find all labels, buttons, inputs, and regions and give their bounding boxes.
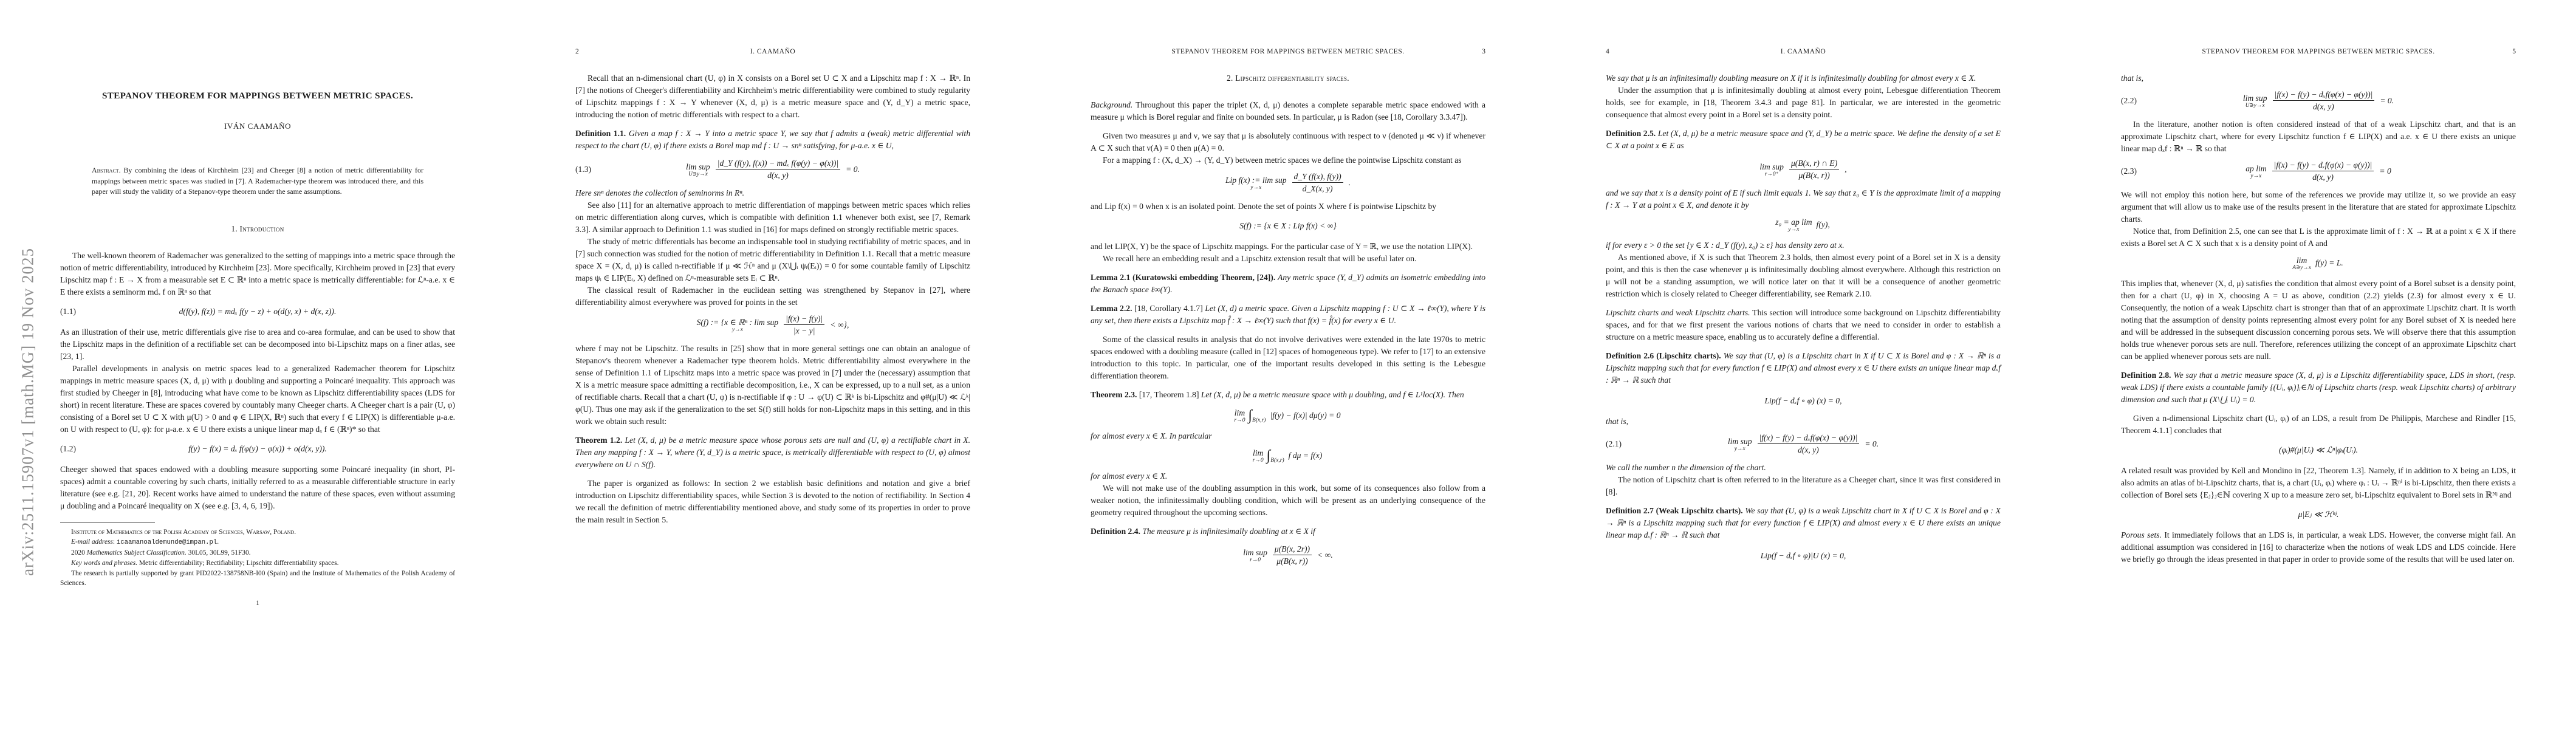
limit-operator: lim supr→0⁺ xyxy=(1759,162,1784,177)
fraction-denominator: d(x, y) xyxy=(2313,101,2334,112)
footnote-line: Key words and phrases. Metric differenti… xyxy=(60,558,455,569)
equation: z₀ = ap limy→xf(y), xyxy=(1606,217,2001,233)
equation: (1.2)f(y) − f(x) = dₓ f(φ(y) − φ(x)) + o… xyxy=(60,441,455,457)
paragraph: and Lip f(x) = 0 when x is an isolated p… xyxy=(1091,200,1485,213)
operator-name: lim sup xyxy=(686,162,710,171)
abstract-label: Abstract. xyxy=(92,166,121,174)
paragraph: that is, xyxy=(1606,416,2001,428)
equation-content: lim supU∋y→x|d_Y (f(y), f(x)) − mdₓ f(φ(… xyxy=(686,159,860,180)
fraction-numerator: |f(x) − f(y)| xyxy=(784,314,824,325)
equation-content: (φᵢ)#(μ|Uᵢ) ≪ ℒⁿ|φᵢ(Uᵢ). xyxy=(2278,444,2359,456)
page-header: STEPANOV THEOREM FOR MAPPINGS BETWEEN ME… xyxy=(1091,47,1485,56)
limit-subscript: y→x xyxy=(732,327,743,333)
paragraph: Some of the classical results in analysi… xyxy=(1091,334,1485,382)
equation: (2.2)lim supU∋y→x|f(x) − f(y) − dₓf(φ(x)… xyxy=(2121,90,2516,112)
integral-sign: ∫ xyxy=(1248,409,1252,422)
equation-post: , xyxy=(1845,163,1846,176)
footnote-segment: 30L05, 30L99, 51F30. xyxy=(187,549,251,556)
equation-content: S(f) := {x ∈ ℝⁿ : lim supy→x|f(x) − f(y)… xyxy=(697,314,849,336)
abstract: Abstract. By combining the ideas of Kirc… xyxy=(92,165,423,197)
theorem-text: We say that a metric measure space (X, d… xyxy=(2121,371,2516,404)
equation: Lip(f − dₓf ∘ φ) (x) = 0, xyxy=(1606,393,2001,409)
operator-name: z₀ = ap lim xyxy=(1775,217,1812,227)
paragraph: Notice that, from Definition 2.5, one ca… xyxy=(2121,225,2516,250)
page-body: 2. Lipschitz differentiability spaces.Ba… xyxy=(1091,72,1485,566)
equation-post: = 0. xyxy=(1865,438,1879,450)
limit-subscript: r→0 xyxy=(1235,417,1245,423)
limit-operator: limA∋y→x xyxy=(2292,256,2311,271)
titled-paragraph: Porous sets. It immediately follows that… xyxy=(2121,529,2516,566)
fraction: |f(x) − f(y) − dₓf(φ(x) − φ(y))|d(x, y) xyxy=(2272,160,2374,182)
equation-number: (2.1) xyxy=(1606,438,1622,450)
arxiv-watermark: arXiv:2511.15907v1 [math.MG] 19 Nov 2025 xyxy=(19,248,38,576)
paragraph: See also [11] for an alternative approac… xyxy=(575,199,970,236)
equation: (1.1)d(f(y), f(z)) = mdₓ f(y − z) + o(d(… xyxy=(60,304,455,320)
paragraph: Parallel developments in analysis on met… xyxy=(60,363,455,436)
equation-content: limr→0∫B(x,r)f dμ = f(x) xyxy=(1253,448,1324,464)
paragraph: The notion of Lipschitz chart is often r… xyxy=(1606,474,2001,498)
footnote-block: Institute of Mathematics of the Polish A… xyxy=(60,527,455,589)
theorem-label: Theorem 2.3. xyxy=(1091,390,1137,399)
paragraph: This implies that, whenever (X, d, μ) sa… xyxy=(2121,278,2516,363)
document-canvas: STEPANOV THEOREM FOR MAPPINGS BETWEEN ME… xyxy=(0,0,2576,729)
fraction-denominator: |x − y| xyxy=(793,325,815,336)
page-body: that is,(2.2)lim supU∋y→x|f(x) − f(y) − … xyxy=(2121,72,2516,566)
equation-content: z₀ = ap limy→xf(y), xyxy=(1775,217,1831,233)
fraction: μ(B(x, r) ∩ E)μ(B(x, r)) xyxy=(1789,159,1839,180)
fraction-numerator: |f(x) − f(y) − dₓf(φ(x) − φ(y))| xyxy=(2273,90,2375,101)
limit-operator: Lip f(x) := lim supy→x xyxy=(1225,176,1287,191)
equation-content: Lip(f − dₓf ∘ φ) (x) = 0, xyxy=(1763,395,1843,407)
fraction: d_Y (f(x), f(y))d_X(x, y) xyxy=(1292,172,1343,194)
paragraph: In the literature, another notion is oft… xyxy=(2121,118,2516,155)
theorem-block: Lemma 2.1 (Kuratowski embedding Theorem,… xyxy=(1091,272,1485,296)
equation-content: f(y) − f(x) = dₓ f(φ(y) − φ(x)) + o(d(x,… xyxy=(187,443,328,455)
page-2: 2I. CAAMAÑORecall that an n-dimensional … xyxy=(515,0,1030,729)
header-page-number: 5 xyxy=(2512,47,2516,55)
fraction: μ(B(x, 2r))μ(B(x, r)) xyxy=(1273,544,1312,566)
fraction-denominator: d(x, y) xyxy=(1798,444,1819,455)
footnote-segment: The research is partially supported by g… xyxy=(60,570,455,587)
equation: (φᵢ)#(μ|Uᵢ) ≪ ℒⁿ|φᵢ(Uᵢ). xyxy=(2121,442,2516,458)
equation: (1.3)lim supU∋y→x|d_Y (f(y), f(x)) − mdₓ… xyxy=(575,159,970,180)
header-page-number: 2 xyxy=(575,47,579,55)
limit-subscript: y→x xyxy=(1788,227,1799,233)
theorem-text: Given a map f : X → Y into a metric spac… xyxy=(575,129,970,150)
equation: S(f) := {x ∈ ℝⁿ : lim supy→x|f(x) − f(y)… xyxy=(575,314,970,336)
paragraph: The study of metric differentials has be… xyxy=(575,236,970,284)
section-heading: 2. Lipschitz differentiability spaces. xyxy=(1091,72,1485,84)
equation-post: = 0 xyxy=(2379,165,2391,177)
fraction-numerator: |f(x) − f(y) − dₓf(φ(x) − φ(y))| xyxy=(1758,433,1860,444)
theorem-citation: [18, Corollary 4.1.7] xyxy=(1134,304,1203,313)
limit-subscript: U∋y→x xyxy=(2245,103,2265,109)
fraction: |f(x) − f(y) − dₓf(φ(x) − φ(y))|d(x, y) xyxy=(1758,433,1860,455)
equation-body: μ|Eⱼ ≪ ℋⁿʲ. xyxy=(2298,508,2339,521)
limit-operator: limr→0 xyxy=(1253,448,1264,464)
equation-post: . xyxy=(1349,177,1351,189)
paragraph: We will not make use of the doubling ass… xyxy=(1091,482,1485,519)
equation: Lip(f − dₓf ∘ φ)|U (x) = 0, xyxy=(1606,548,2001,564)
theorem-text: The measure μ is infinitesimally doublin… xyxy=(1142,527,1315,536)
limit-subscript: r→0⁺ xyxy=(1765,171,1779,177)
paper-title: STEPANOV THEOREM FOR MAPPINGS BETWEEN ME… xyxy=(60,90,455,102)
running-title: I. CAAMAÑO xyxy=(750,47,796,55)
fraction-numerator: μ(B(x, r) ∩ E) xyxy=(1789,159,1839,169)
equation: limr→0∫B(x,r)f dμ = f(x) xyxy=(1091,448,1485,464)
operator-name: ap lim xyxy=(2245,164,2266,173)
limit-subscript: A∋y→x xyxy=(2292,265,2311,271)
paragraph: Given a n-dimensional Lipschitz chart (U… xyxy=(2121,412,2516,437)
equation-content: lim supr→0μ(B(x, 2r))μ(B(x, r))< ∞. xyxy=(1243,544,1332,566)
theorem-block: Definition 2.5. Let (X, d, μ) be a metri… xyxy=(1606,128,2001,152)
page-4: 4I. CAAMAÑOWe say that μ is an infinites… xyxy=(1546,0,2061,729)
theorem-text: Let (X, d, μ) be a metric measure space … xyxy=(1201,390,1464,399)
limit-subscript: r→0 xyxy=(1253,457,1264,464)
paragraph: where f may not be Lipschitz. The result… xyxy=(575,343,970,428)
equation: S(f) := {x ∈ X : Lip f(x) < ∞} xyxy=(1091,218,1485,234)
integral-subscript: B(x,r) xyxy=(1270,454,1284,467)
equation-body: (φᵢ)#(μ|Uᵢ) ≪ ℒⁿ|φᵢ(Uᵢ). xyxy=(2279,444,2358,456)
fraction: |f(x) − f(y)||x − y| xyxy=(784,314,824,336)
footnote-line: Institute of Mathematics of the Polish A… xyxy=(60,527,455,538)
equation-number: (1.1) xyxy=(60,306,76,318)
limit-operator: lim supU∋y→x xyxy=(2243,94,2267,109)
equation-post: = 0. xyxy=(2380,95,2394,107)
paragraph-run-in-title: Lipschitz charts and weak Lipschitz char… xyxy=(1606,308,1750,317)
paragraph: We recall here an embedding result and a… xyxy=(1091,253,1485,265)
fraction: |d_Y (f(y), f(x)) − mdₓ f(φ(y) − φ(x))|d… xyxy=(716,159,840,180)
equation: (2.3)ap limy→x|f(x) − f(y) − dₓf(φ(x) − … xyxy=(2121,160,2516,182)
equation-post: = 0. xyxy=(846,163,860,176)
abstract-text: By combining the ideas of Kirchheim [23]… xyxy=(92,166,423,196)
paragraph: For a mapping f : (X, d_X) → (Y, d_Y) be… xyxy=(1091,154,1485,166)
equation-body: f(y) = L. xyxy=(2315,257,2343,269)
page-header: 4I. CAAMAÑO xyxy=(1606,47,2001,56)
running-title: I. CAAMAÑO xyxy=(1781,47,1826,55)
limit-subscript: y→x xyxy=(1250,185,1261,191)
equation-body: f dμ = f(x) xyxy=(1289,450,1323,462)
equation-body: f(y) − f(x) = dₓ f(φ(y) − φ(x)) + o(d(x,… xyxy=(188,443,327,455)
paragraph-run-in-title: Porous sets. xyxy=(2121,530,2162,539)
integral-subscript: B(x,r) xyxy=(1252,414,1266,426)
titled-paragraph: Background. Throughout this paper the tr… xyxy=(1091,99,1485,123)
operator-name: lim xyxy=(2297,256,2307,265)
equation-content: lim supU∋y→x|f(x) − f(y) − dₓf(φ(x) − φ(… xyxy=(2243,90,2394,112)
fraction-denominator: μ(B(x, r)) xyxy=(1798,169,1829,180)
limit-operator: lim supy→x xyxy=(1728,437,1752,452)
equation-body: |f(y) − f(x)| dμ(y) = 0 xyxy=(1270,409,1340,422)
integral-sign: ∫ xyxy=(1267,449,1271,462)
theorem-label: Definition 2.5. xyxy=(1606,129,1656,138)
footnote-line: 2020 Mathematics Subject Classification.… xyxy=(60,548,455,558)
paragraph: Under the assumption that μ is infinites… xyxy=(1606,84,2001,121)
paragraph: The well-known theorem of Rademacher was… xyxy=(60,250,455,298)
equation-content: ap limy→x|f(x) − f(y) − dₓf(φ(x) − φ(y))… xyxy=(2245,160,2391,182)
theorem-block: Lemma 2.2. [18, Corollary 4.1.7] Let (X,… xyxy=(1091,303,1485,327)
paragraph: Recall that an n-dimensional chart (U, φ… xyxy=(575,72,970,121)
footnote-segment: . xyxy=(217,538,219,546)
equation-content: lim supy→x|f(x) − f(y) − dₓf(φ(x) − φ(y)… xyxy=(1728,433,1879,455)
page-number: 1 xyxy=(60,597,455,609)
footnote-segment: icaamanoaldemunde@impan.pl xyxy=(117,539,217,546)
equation-content: lim supr→0⁺μ(B(x, r) ∩ E)μ(B(x, r)), xyxy=(1759,159,1846,180)
footnote-line: E-mail address: icaamanoaldemunde@impan.… xyxy=(60,537,455,548)
paragraph: and we say that x is a density point of … xyxy=(1606,187,2001,211)
paragraph: A related result was provided by Kell an… xyxy=(2121,465,2516,501)
equation: lim supr→0⁺μ(B(x, r) ∩ E)μ(B(x, r)), xyxy=(1606,159,2001,180)
theorem-label: Lemma 2.2. xyxy=(1091,304,1132,313)
footnote-segment: Mathematics Subject Classification. xyxy=(87,549,187,556)
limit-subscript: y→x xyxy=(1735,446,1745,452)
fraction-numerator: d_Y (f(x), f(y)) xyxy=(1292,172,1343,183)
footnote-segment: 2020 xyxy=(71,549,87,556)
limit-subscript: y→x xyxy=(2250,173,2261,179)
equation-post: < ∞. xyxy=(1317,549,1333,561)
theorem-block: Definition 2.8. We say that a metric mea… xyxy=(2121,369,2516,406)
equation-content: Lip(f − dₓf ∘ φ)|U (x) = 0, xyxy=(1759,550,1848,562)
operator-name: lim sup xyxy=(2243,94,2267,103)
equation: lim supr→0μ(B(x, 2r))μ(B(x, r))< ∞. xyxy=(1091,544,1485,566)
paragraph: that is, xyxy=(2121,72,2516,84)
theorem-block: Theorem 1.2. Let (X, d, μ) be a metric m… xyxy=(575,434,970,471)
equation: (2.1)lim supy→x|f(x) − f(y) − dₓf(φ(x) −… xyxy=(1606,433,2001,455)
equation-content: Lip f(x) := lim supy→xd_Y (f(x), f(y))d_… xyxy=(1225,172,1351,194)
theorem-block: Definition 2.7 (Weak Lipschitz charts). … xyxy=(1606,505,2001,541)
theorem-block: Theorem 2.3. [17, Theorem 1.8] Let (X, d… xyxy=(1091,389,1485,401)
equation-content: limA∋y→xf(y) = L. xyxy=(2292,256,2345,271)
footnote-segment: Institute of Mathematics of the Polish A… xyxy=(71,529,296,536)
theorem-text: Let (X, d, μ) be a metric measure space … xyxy=(575,436,970,469)
page-header: 2I. CAAMAÑO xyxy=(575,47,970,56)
running-title: STEPANOV THEOREM FOR MAPPINGS BETWEEN ME… xyxy=(2202,47,2434,55)
paragraph: The classical result of Rademacher in th… xyxy=(575,284,970,309)
operator-name: lim sup xyxy=(1759,162,1784,171)
limit-subscript: r→0 xyxy=(1250,557,1261,563)
equation-body: S(f) := {x ∈ X : Lip f(x) < ∞} xyxy=(1239,220,1337,232)
page-1: STEPANOV THEOREM FOR MAPPINGS BETWEEN ME… xyxy=(0,0,515,729)
header-page-number: 4 xyxy=(1606,47,1609,55)
running-title: STEPANOV THEOREM FOR MAPPINGS BETWEEN ME… xyxy=(1171,47,1404,55)
equation-number: (2.2) xyxy=(2121,95,2137,107)
fraction-denominator: μ(B(x, r)) xyxy=(1276,555,1307,566)
theorem-label: Definition 2.4. xyxy=(1091,527,1140,536)
paragraph: We call the number n the dimension of th… xyxy=(1606,462,2001,474)
fraction-denominator: d(x, y) xyxy=(2312,171,2334,182)
operator-name: lim xyxy=(1253,448,1263,457)
fraction-denominator: d(x, y) xyxy=(767,169,789,180)
limit-subscript: U∋y→x xyxy=(688,171,708,177)
paragraph: As mentioned above, if X is such that Th… xyxy=(1606,252,2001,300)
equation: μ|Eⱼ ≪ ℋⁿʲ. xyxy=(2121,507,2516,522)
equation-content: μ|Eⱼ ≪ ℋⁿʲ. xyxy=(2297,508,2340,521)
paragraph-text: Throughout this paper the triplet (X, d,… xyxy=(1091,100,1485,122)
footnote-segment: Metric differentiability; Rectifiability… xyxy=(137,560,338,567)
equation-content: d(f(y), f(z)) = mdₓ f(y − z) + o(d(y, x)… xyxy=(178,306,338,318)
equation-number: (1.2) xyxy=(60,443,76,455)
author-name: IVÁN CAAMAÑO xyxy=(60,120,455,132)
paragraph-text: It immediately follows that an LDS is, i… xyxy=(2121,530,2516,564)
limit-operator: lim supU∋y→x xyxy=(686,162,710,177)
equation-number: (1.3) xyxy=(575,163,591,176)
fraction-numerator: μ(B(x, 2r)) xyxy=(1273,544,1312,555)
titled-paragraph: Lipschitz charts and weak Lipschitz char… xyxy=(1606,307,2001,343)
limit-operator: limr→0 xyxy=(1235,408,1245,423)
page-body: We say that μ is an infinitesimally doub… xyxy=(1606,72,2001,564)
paragraph: Here snⁿ denotes the collection of semin… xyxy=(575,187,970,199)
equation-content: S(f) := {x ∈ X : Lip f(x) < ∞} xyxy=(1238,220,1338,232)
paragraph: Given two measures μ and ν, we say that … xyxy=(1091,130,1485,154)
theorem-label: Definition 2.7 (Weak Lipschitz charts). xyxy=(1606,506,1743,515)
page-body: STEPANOV THEOREM FOR MAPPINGS BETWEEN ME… xyxy=(60,90,455,609)
fraction-denominator: d_X(x, y) xyxy=(1303,183,1333,194)
limit-operator: lim supr→0 xyxy=(1243,548,1267,563)
limit-operator: S(f) := {x ∈ ℝⁿ : lim supy→x xyxy=(697,318,778,333)
footnote-rule xyxy=(60,522,155,522)
equation-body: Lip(f − dₓf ∘ φ) (x) = 0, xyxy=(1764,395,1841,407)
equation-body: f(y), xyxy=(1817,219,1830,231)
page-body: Recall that an n-dimensional chart (U, φ… xyxy=(575,72,970,526)
fraction-numerator: |d_Y (f(y), f(x)) − mdₓ f(φ(y) − φ(x))| xyxy=(716,159,840,169)
equation-number: (2.3) xyxy=(2121,165,2137,177)
paragraph: for almost every x ∈ X. xyxy=(1091,470,1485,482)
header-page-number: 3 xyxy=(1482,47,1485,55)
theorem-citation: [17, Theorem 1.8] xyxy=(1139,390,1199,399)
operator-name: lim xyxy=(1235,408,1245,417)
paragraph: We say that μ is an infinitesimally doub… xyxy=(1606,72,2001,84)
operator-name: S(f) := {x ∈ ℝⁿ : lim sup xyxy=(697,318,778,327)
fraction-numerator: |f(x) − f(y) − dₓf(φ(x) − φ(y))| xyxy=(2272,160,2374,171)
theorem-block: Definition 1.1. Given a map f : X → Y in… xyxy=(575,128,970,152)
paragraph: and let LIP(X, Y) be the space of Lipsch… xyxy=(1091,241,1485,253)
theorem-block: Definition 2.6 (Lipschitz charts). We sa… xyxy=(1606,350,2001,386)
limit-operator: ap limy→x xyxy=(2245,164,2266,179)
page-3: STEPANOV THEOREM FOR MAPPINGS BETWEEN ME… xyxy=(1030,0,1546,729)
paragraph: The paper is organized as follows: In se… xyxy=(575,477,970,526)
paragraph: Cheeger showed that spaces endowed with … xyxy=(60,464,455,512)
theorem-text: Let (X, d, μ) be a metric measure space … xyxy=(1606,129,2001,150)
equation-content: limr→0∫B(x,r)|f(y) − f(x)| dμ(y) = 0 xyxy=(1235,408,1342,423)
theorem-label: Definition 2.6 (Lipschitz charts). xyxy=(1606,351,1721,360)
equation-body: d(f(y), f(z)) = mdₓ f(y − z) + o(d(y, x)… xyxy=(179,306,337,318)
theorem-label: Lemma 2.1 (Kuratowski embedding Theorem,… xyxy=(1091,273,1275,282)
page-header: STEPANOV THEOREM FOR MAPPINGS BETWEEN ME… xyxy=(2121,47,2516,56)
equation-body: Lip(f − dₓf ∘ φ)|U (x) = 0, xyxy=(1761,550,1846,562)
footnote-segment: Key words and phrases. xyxy=(71,560,137,567)
operator-name: Lip f(x) := lim sup xyxy=(1225,176,1287,185)
footnote-segment: E-mail address xyxy=(71,538,113,546)
equation: Lip f(x) := lim supy→xd_Y (f(x), f(y))d_… xyxy=(1091,172,1485,194)
footnote-line: The research is partially supported by g… xyxy=(60,569,455,589)
operator-name: lim sup xyxy=(1728,437,1752,446)
theorem-label: Definition 1.1. xyxy=(575,129,626,138)
page-5: STEPANOV THEOREM FOR MAPPINGS BETWEEN ME… xyxy=(2061,0,2576,729)
theorem-block: Definition 2.4. The measure μ is infinit… xyxy=(1091,525,1485,538)
operator-name: lim sup xyxy=(1243,548,1267,557)
paragraph-run-in-title: Background. xyxy=(1091,100,1132,109)
theorem-label: Theorem 1.2. xyxy=(575,436,622,445)
paragraph: We will not employ this notion here, but… xyxy=(2121,189,2516,225)
theorem-label: Definition 2.8. xyxy=(2121,371,2171,380)
equation: limA∋y→xf(y) = L. xyxy=(2121,255,2516,271)
fraction: |f(x) − f(y) − dₓf(φ(x) − φ(y))|d(x, y) xyxy=(2273,90,2375,112)
limit-operator: z₀ = ap limy→x xyxy=(1775,217,1812,233)
paragraph: for almost every x ∈ X. In particular xyxy=(1091,430,1485,442)
section-heading: 1. Introduction xyxy=(60,223,455,235)
equation-post: < ∞}, xyxy=(830,319,849,331)
equation: limr→0∫B(x,r)|f(y) − f(x)| dμ(y) = 0 xyxy=(1091,408,1485,423)
paragraph: if for every ε > 0 the set {y ∈ X : d_Y … xyxy=(1606,239,2001,252)
paragraph: As an illustration of their use, metric … xyxy=(60,326,455,363)
